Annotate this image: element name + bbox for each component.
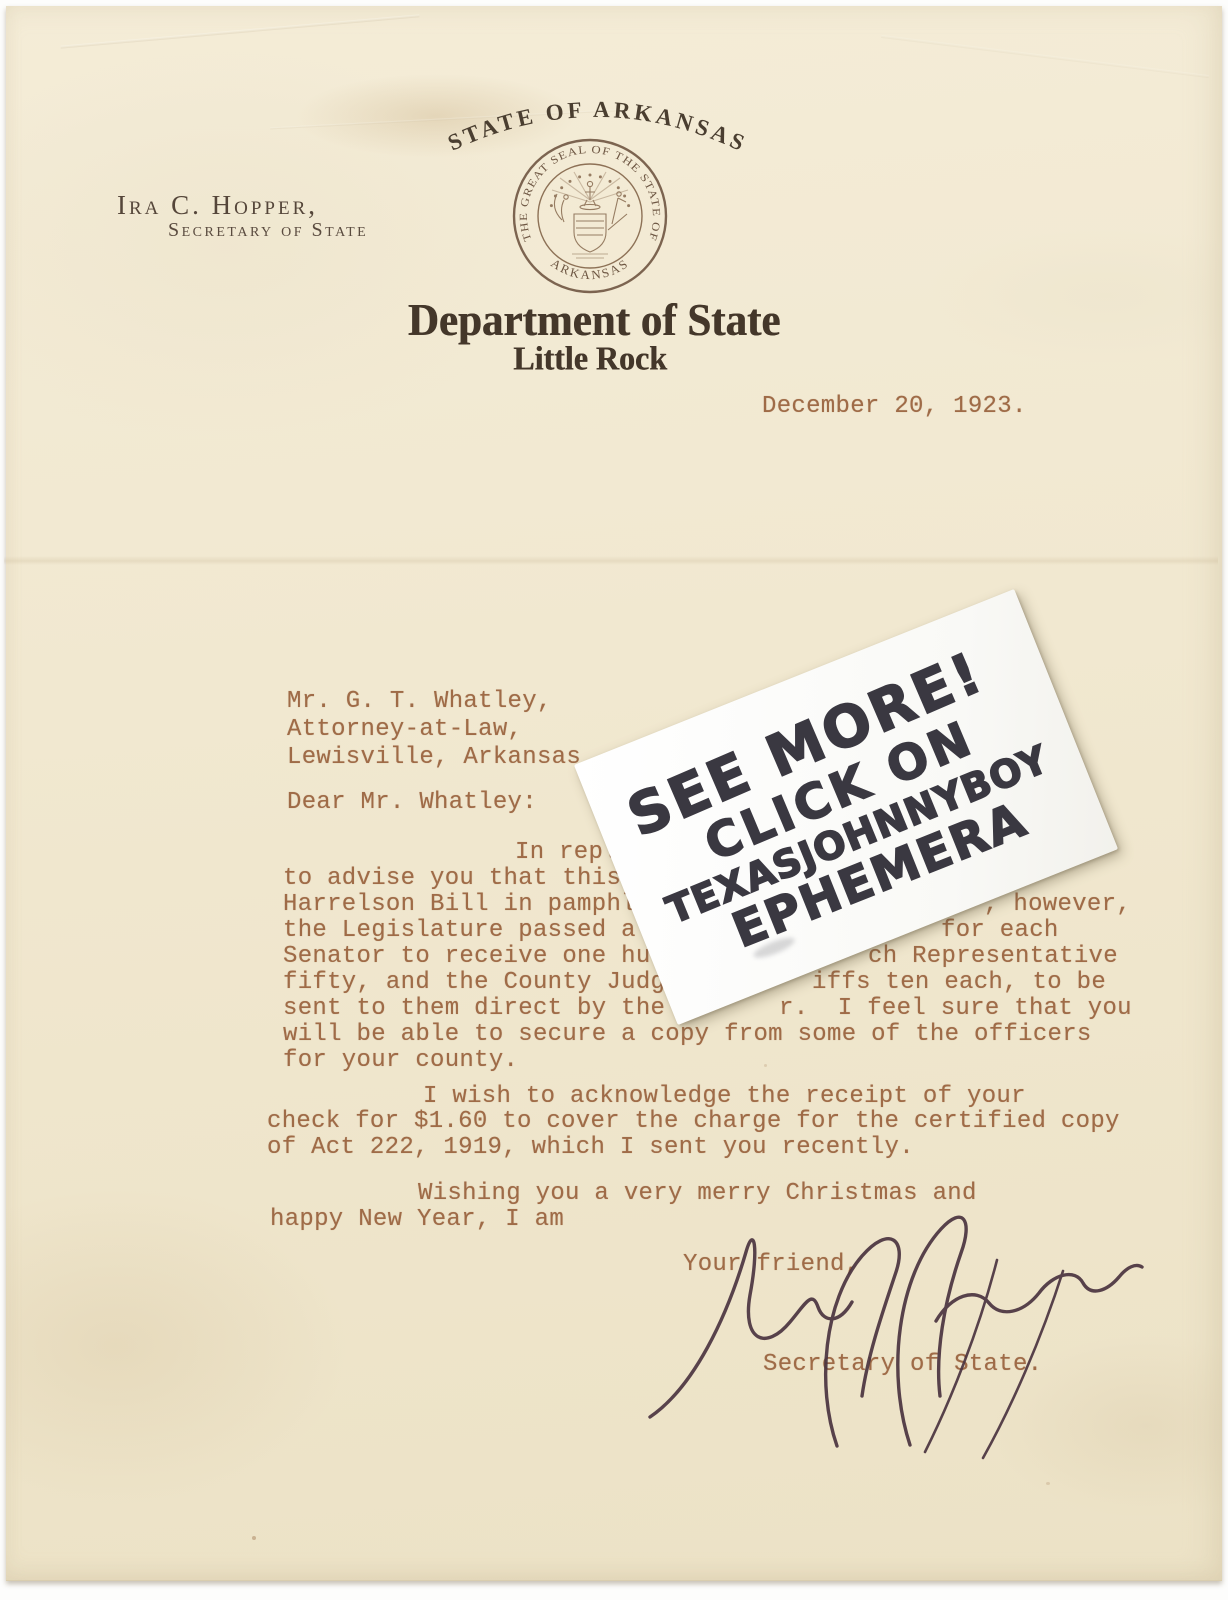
typed-line: Mr. G. T. Whatley, xyxy=(287,690,552,714)
typed-line: I wish to acknowledge the receipt of you… xyxy=(423,1085,1026,1109)
paper-speck xyxy=(764,1064,767,1067)
typed-line: Senator to receive one hu xyxy=(283,945,651,969)
typed-line: of Act 222, 1919, which I sent you recen… xyxy=(267,1136,914,1160)
seal-bottom-text: ARKANSAS xyxy=(548,256,631,282)
typed-line: for each xyxy=(941,919,1059,943)
typed-line: will be able to secure a copy from some … xyxy=(283,1023,1092,1047)
document-scan: Ira C. Hopper, Secretary of State STATE … xyxy=(0,0,1228,1600)
typed-line: check for $1.60 to cover the charge for … xyxy=(267,1110,1120,1134)
official-title: Secretary of State xyxy=(168,219,368,242)
typed-line: Your friend, xyxy=(683,1253,859,1277)
typed-line: , however, xyxy=(984,893,1131,917)
paper-speck xyxy=(252,1536,256,1540)
typed-line: the Legislature passed a xyxy=(283,919,636,943)
svg-text:ARKANSAS: ARKANSAS xyxy=(548,256,631,282)
typed-line: r. I feel sure that you xyxy=(779,997,1132,1021)
typed-line: Secretary of State. xyxy=(763,1353,1042,1377)
state-seal: THE GREAT SEAL OF THE STATE OF ARKANSAS xyxy=(500,128,680,308)
typed-line: Wishing you a very merry Christmas and xyxy=(418,1182,977,1206)
typed-line: iffs ten each, to be xyxy=(812,971,1106,995)
seal-emblem xyxy=(550,172,630,258)
typed-line: Dear Mr. Whatley: xyxy=(287,791,537,815)
typed-line: to advise you that this xyxy=(283,867,621,891)
department-city: Little Rock xyxy=(513,339,667,378)
typed-line: In repl xyxy=(515,841,618,865)
official-name: Ira C. Hopper, xyxy=(117,190,318,221)
typed-line: sent to them direct by the xyxy=(283,997,665,1021)
typed-line: happy New Year, I am xyxy=(270,1208,564,1232)
typed-line: for your county. xyxy=(283,1049,518,1073)
typed-line: Lewisville, Arkansas xyxy=(287,746,581,770)
typed-line: fifty, and the County Judg xyxy=(283,971,665,995)
typed-line: Harrelson Bill in pamphl xyxy=(283,893,636,917)
typed-line: Attorney-at-Law, xyxy=(287,718,522,742)
typed-line: December 20, 1923. xyxy=(762,395,1027,419)
paper-speck xyxy=(1046,1482,1050,1485)
typed-line: ch Representative xyxy=(868,945,1118,969)
